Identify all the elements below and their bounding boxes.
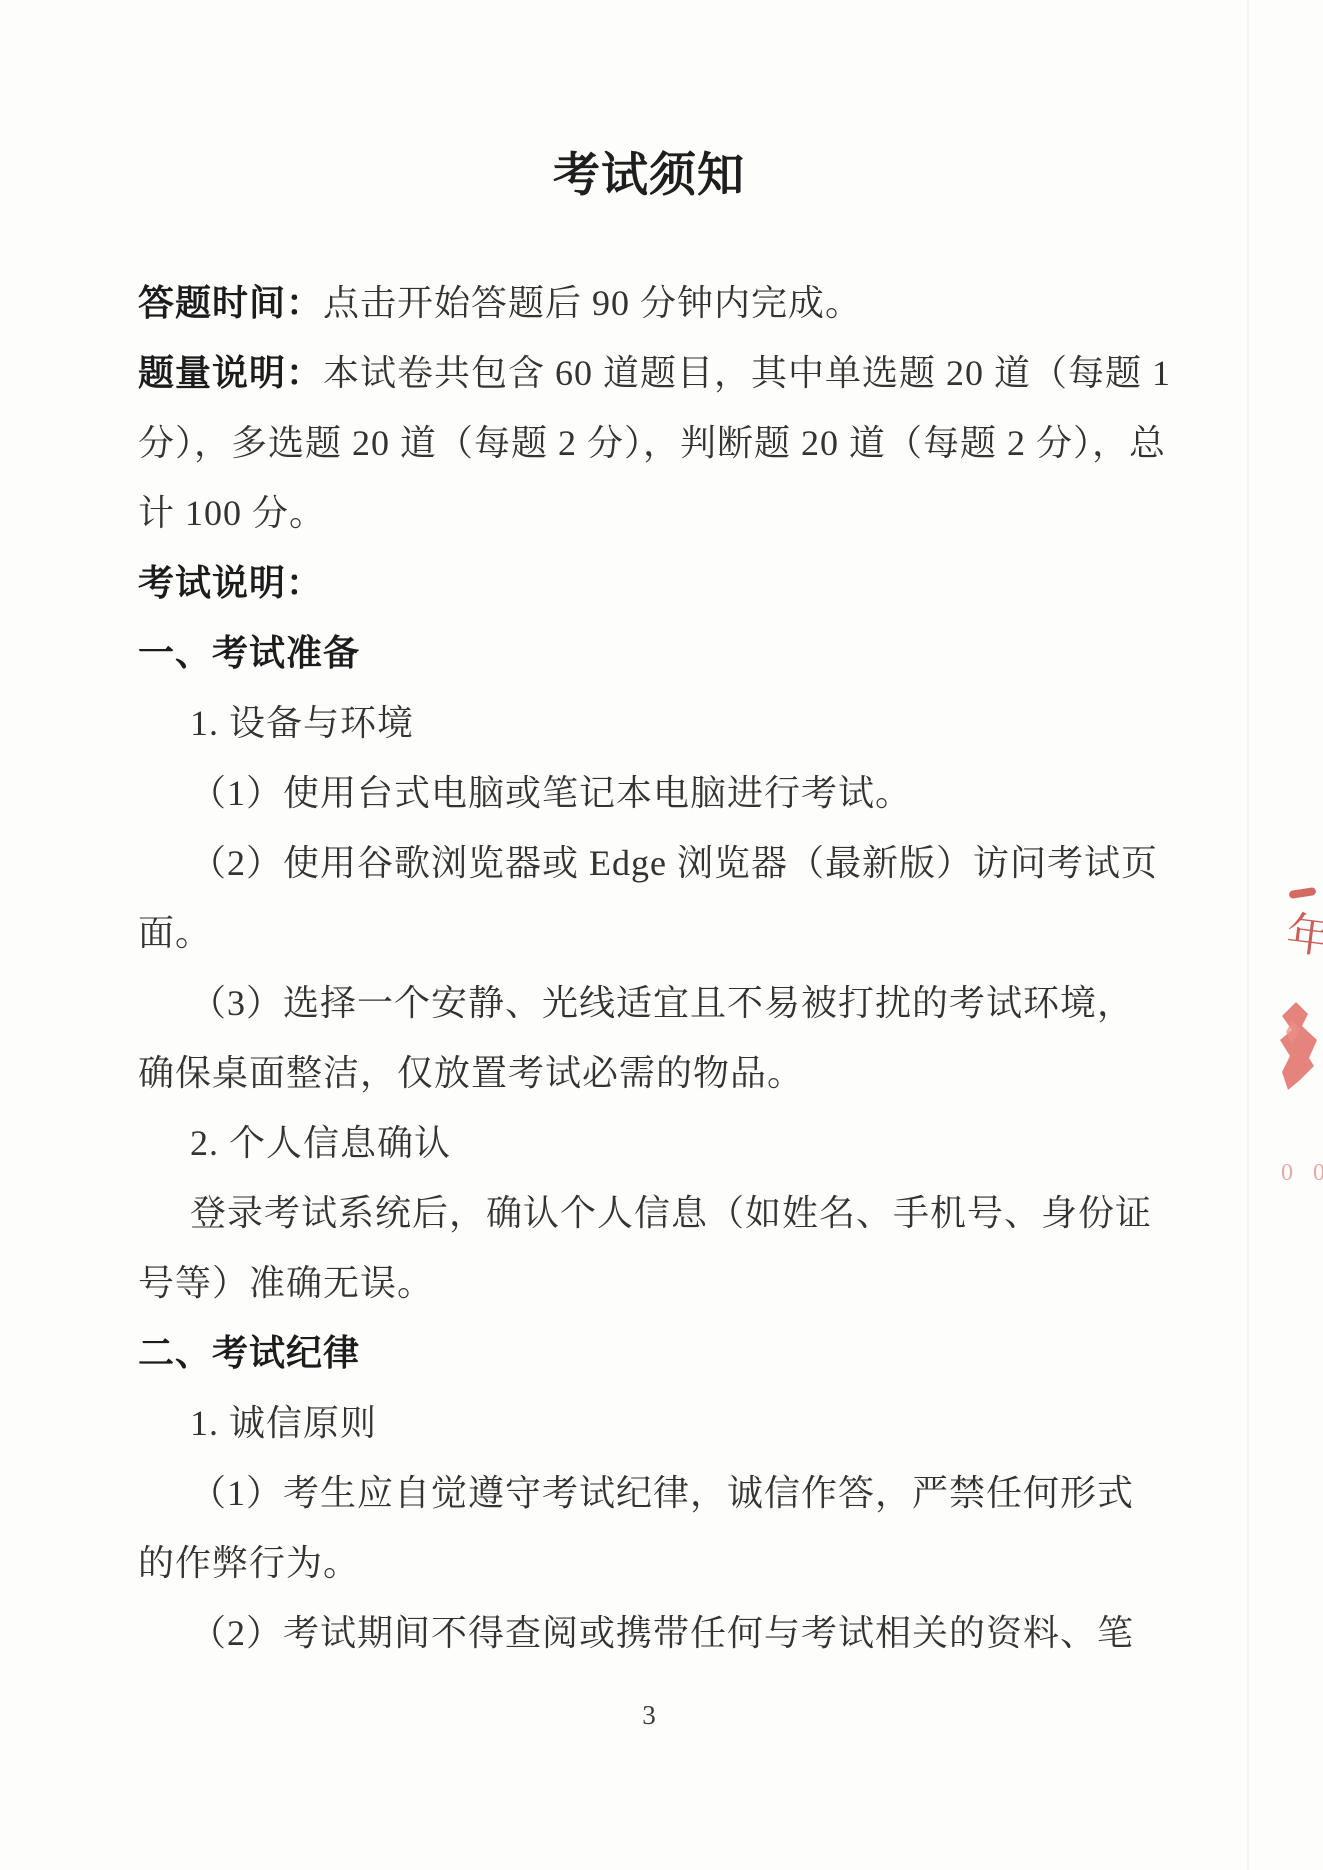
doc-line: 题量说明：本试卷共包含 60 道题目，其中单选题 20 道（每题 1: [138, 338, 1168, 408]
page-title: 考试须知: [138, 138, 1160, 205]
doc-line: （2）考试期间不得查阅或携带任何与考试相关的资料、笔: [138, 1598, 1168, 1668]
doc-line: 登录考试系统后，确认个人信息（如姓名、手机号、身份证: [138, 1178, 1168, 1248]
doc-line: 号等）准确无误。: [138, 1248, 1168, 1318]
doc-line: 1. 设备与环境: [138, 688, 1168, 758]
doc-line: 答题时间：点击开始答题后 90 分钟内完成。: [138, 268, 1168, 338]
doc-line: 面。: [138, 898, 1168, 968]
answer-time-label: 答题时间：: [138, 283, 323, 323]
section-2-heading: 二、考试纪律: [138, 1318, 1168, 1388]
question-count-text: 本试卷共包含 60 道题目，其中单选题 20 道（每题 1: [323, 353, 1171, 393]
doc-line: 的作弊行为。: [138, 1528, 1168, 1598]
doc-line: 计 100 分。: [138, 478, 1168, 548]
doc-line: 2. 个人信息确认: [138, 1108, 1168, 1178]
scanned-document-page: { "document": { "title": "考试须知", "page_n…: [0, 0, 1323, 1870]
doc-line: （1）考生应自觉遵守考试纪律，诚信作答，严禁任何形式: [138, 1458, 1168, 1528]
doc-line: （1）使用台式电脑或笔记本电脑进行考试。: [138, 758, 1168, 828]
stamp-digits-fragment: 0 0: [1281, 1160, 1323, 1187]
scan-crease-line: [1247, 0, 1249, 1870]
page-number: 3: [138, 1700, 1160, 1731]
document-body: 答题时间：点击开始答题后 90 分钟内完成。 题量说明：本试卷共包含 60 道题…: [138, 268, 1168, 1668]
answer-time-text: 点击开始答题后 90 分钟内完成。: [323, 283, 862, 323]
doc-line: （3）选择一个安静、光线适宜且不易被打扰的考试环境，: [138, 968, 1168, 1038]
doc-line: 1. 诚信原则: [138, 1388, 1168, 1458]
exam-notes-heading: 考试说明：: [138, 548, 1168, 618]
doc-line: 确保桌面整洁，仅放置考试必需的物品。: [138, 1038, 1168, 1108]
doc-line: （2）使用谷歌浏览器或 Edge 浏览器（最新版）访问考试页: [138, 828, 1168, 898]
stamp-blob-fragment: [1262, 1000, 1323, 1097]
section-1-heading: 一、考试准备: [138, 618, 1168, 688]
question-count-label: 题量说明：: [138, 353, 323, 393]
stamp-year-fragment: 年: [1283, 896, 1323, 966]
doc-line: 分），多选题 20 道（每题 2 分），判断题 20 道（每题 2 分），总: [138, 408, 1168, 478]
